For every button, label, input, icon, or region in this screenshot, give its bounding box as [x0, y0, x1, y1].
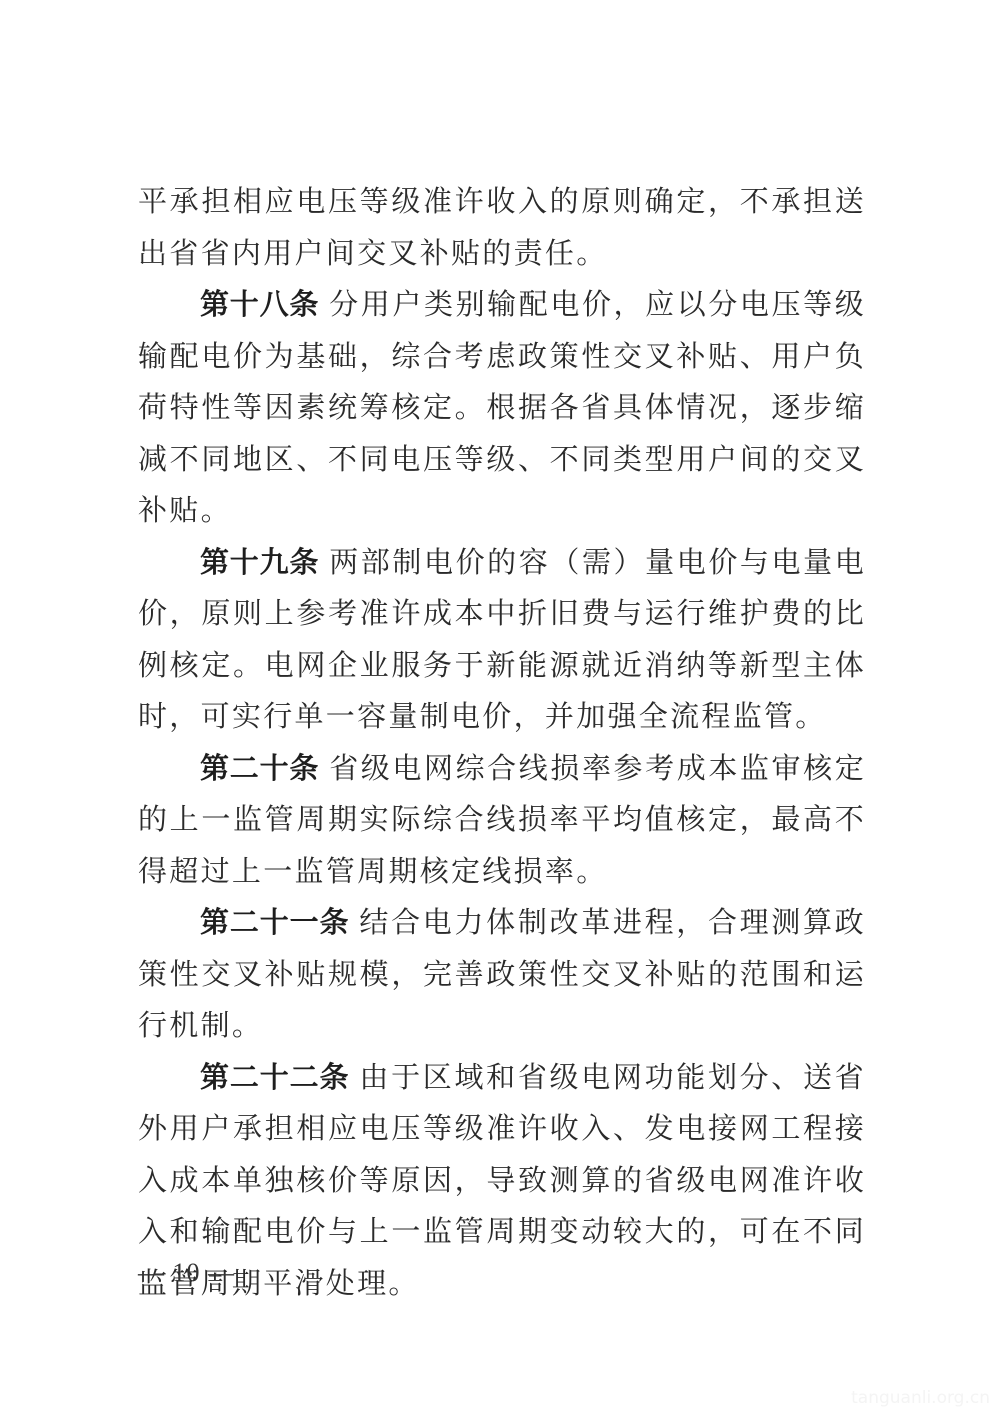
watermark: tanguanli.org.cn [851, 1388, 990, 1408]
article-number: 第二十一条 [200, 905, 349, 939]
article-18: 第十八条分用户类别输配电价，应以分电压等级输配电价为基础，综合考虑政策性交叉补贴… [138, 279, 866, 537]
article-21: 第二十一条结合电力体制改革进程，合理测算政策性交叉补贴规模，完善政策性交叉补贴的… [138, 897, 866, 1052]
article-number: 第二十条 [200, 751, 319, 785]
article-19: 第十九条两部制电价的容（需）量电价与电量电价，原则上参考准许成本中折旧费与运行维… [138, 537, 866, 743]
article-22: 第二十二条由于区域和省级电网功能划分、送省外用户承担相应电压等级准许收入、发电接… [138, 1052, 866, 1310]
paragraph-text: 分用户类别输配电价，应以分电压等级输配电价为基础，综合考虑政策性交叉补贴、用户负… [138, 287, 866, 527]
article-number: 第十八条 [200, 287, 319, 321]
article-number: 第十九条 [200, 545, 319, 579]
article-number: 第二十二条 [200, 1060, 349, 1094]
paragraph-text: 由于区域和省级电网功能划分、送省外用户承担相应电压等级准许收入、发电接网工程接入… [138, 1060, 866, 1300]
paragraph-continuation: 平承担相应电压等级准许收入的原则确定，不承担送出省省内用户间交叉补贴的责任。 [138, 176, 866, 279]
page-number: — 10 — [138, 1258, 235, 1288]
article-20: 第二十条省级电网综合线损率参考成本监审核定的上一监管周期实际综合线损率平均值核定… [138, 743, 866, 898]
document-body: 平承担相应电压等级准许收入的原则确定，不承担送出省省内用户间交叉补贴的责任。 第… [138, 176, 866, 1309]
paragraph-text: 平承担相应电压等级准许收入的原则确定，不承担送出省省内用户间交叉补贴的责任。 [138, 184, 866, 270]
